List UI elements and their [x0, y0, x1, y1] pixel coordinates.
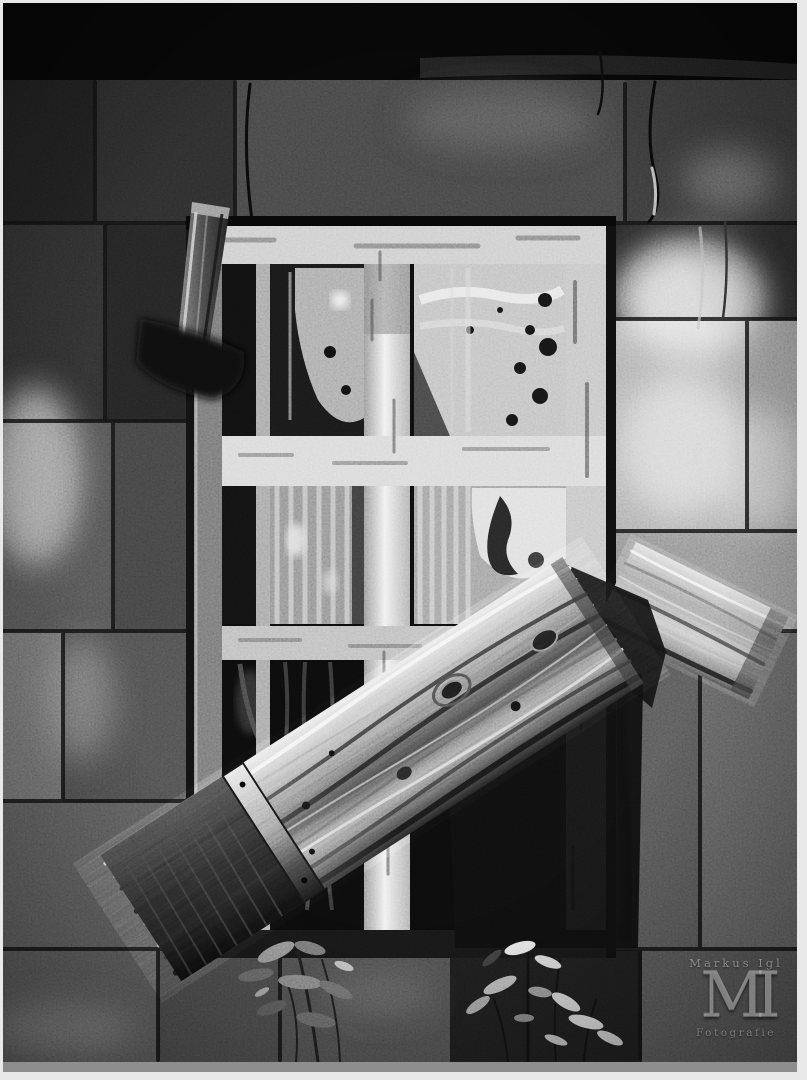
framed-photograph: Markus Igl MI Fotografie — [0, 0, 807, 1080]
photograph — [3, 3, 797, 1062]
bottom-gray-strip — [3, 1062, 797, 1072]
vignette — [3, 3, 797, 1062]
